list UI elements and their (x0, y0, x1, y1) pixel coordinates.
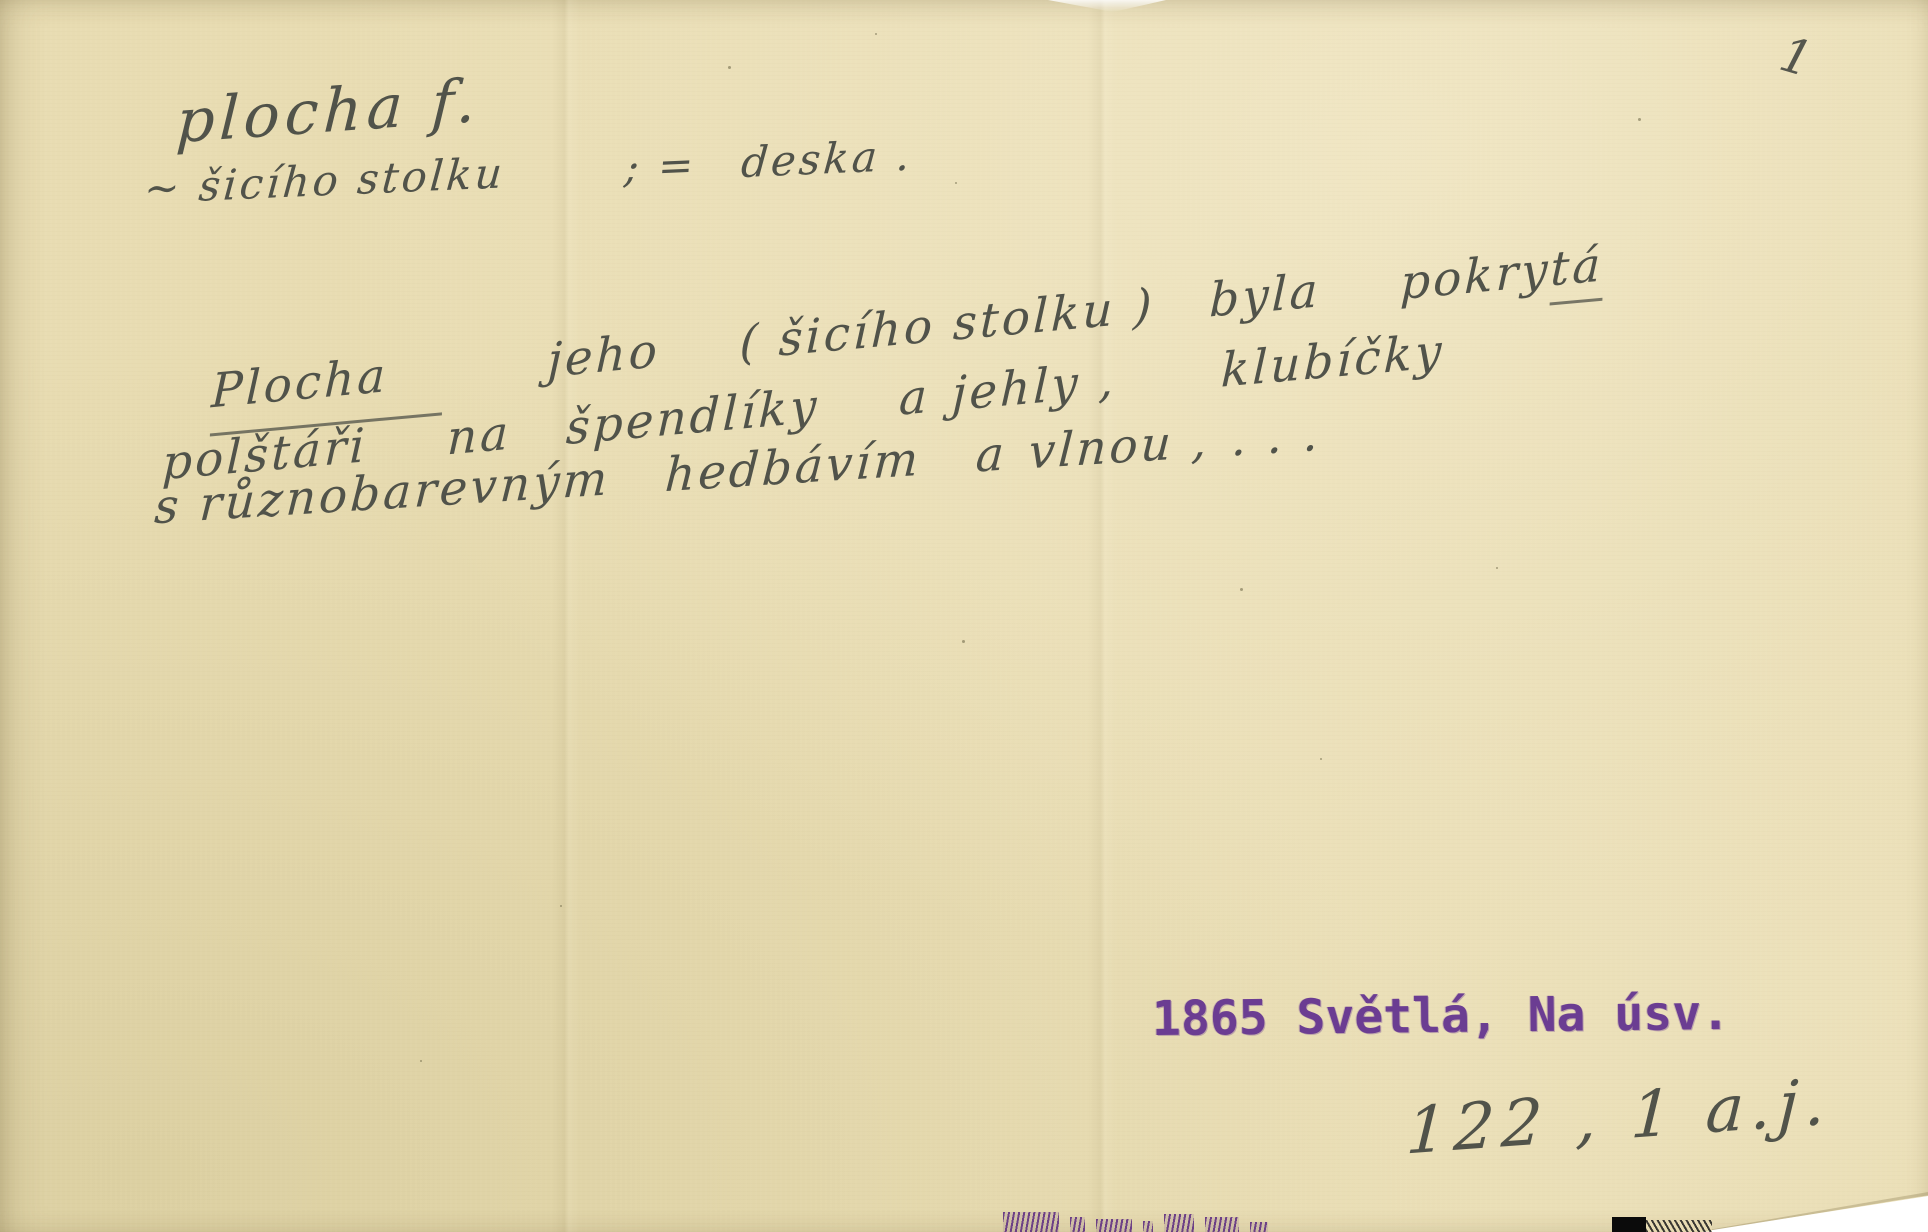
stamp-fragment-mark (1143, 1221, 1153, 1232)
definition-word: deska . (739, 130, 914, 187)
paper-speck (1240, 588, 1243, 591)
paper-speck (560, 905, 562, 907)
stamp-fragment-mark (1250, 1222, 1268, 1232)
body-word: a (898, 369, 931, 427)
scan-black-mark (1612, 1217, 1646, 1232)
paper-speck (962, 640, 965, 643)
body-word: jeho (547, 323, 661, 389)
stamp-fragment-mark (1096, 1219, 1132, 1232)
paper-speck (420, 1060, 422, 1062)
stamp-fragment-mark (1205, 1217, 1239, 1232)
paper-speck (1638, 118, 1641, 121)
paper-speck (955, 182, 957, 184)
ellipsis-dots: . . . (1230, 407, 1323, 468)
body-word: a (974, 426, 1008, 483)
stamp-fragment-mark (1164, 1214, 1194, 1232)
paper-speck (728, 66, 731, 69)
scan-hatch-mark (1646, 1220, 1712, 1232)
scanned-card-page: 1 plocha f. ~ šicího stolku; =deska . Pl… (0, 0, 1928, 1232)
stamp-fragment-mark (1003, 1212, 1059, 1232)
body-word: byla (1208, 263, 1321, 329)
underlined-word-ending: tá (1549, 237, 1604, 305)
definition-separator: ; = (623, 140, 699, 192)
stamp-fragment-mark (1070, 1217, 1085, 1232)
paper-speck (1320, 758, 1322, 760)
provenance-ink-stamp: 1865 Světlá, Na úsv. (1152, 985, 1731, 1047)
cutoff-stamp-fragment (1003, 1208, 1268, 1232)
paper-speck (875, 33, 877, 35)
body-word: vlnou , (1027, 414, 1211, 481)
paper-speck (1496, 567, 1498, 569)
